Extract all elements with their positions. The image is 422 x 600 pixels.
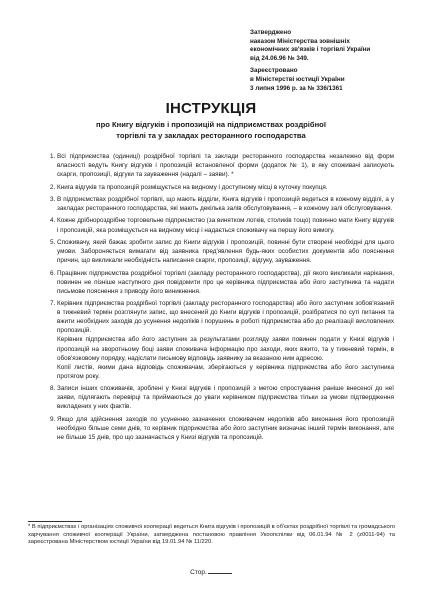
page-number-blank <box>208 567 232 574</box>
item-text: Керівник підприємства роздрібної торгівл… <box>57 299 394 335</box>
item-text: Всі підприємства (одиниці) роздрібної то… <box>57 152 394 179</box>
registered-line: 3 липня 1996 р. за № 336/1361 <box>250 85 420 94</box>
item-text: Керівник підприємства або його заступник… <box>57 335 394 362</box>
approved-line: Затверджено <box>250 29 420 38</box>
subtitle-line: про Книгу відгуків і пропозицій на підпр… <box>0 120 422 131</box>
item-number: 9. <box>50 415 55 424</box>
list-item: 1. Всі підприємства (одиниці) роздрібної… <box>50 152 394 179</box>
item-text: В підприємствах роздрібної торгівлі, що … <box>57 195 394 213</box>
item-number: 5. <box>50 238 55 247</box>
approved-block: Затверджено наказом Міністерства зовнішн… <box>250 29 420 63</box>
title-block: ІНСТРУКЦІЯ про Книгу відгуків і пропозиц… <box>0 100 422 141</box>
list-item: 9. Якщо для здійснення заходів по усунен… <box>50 415 394 442</box>
list-item: 6. Працівник підприємства роздрібної тор… <box>50 269 394 296</box>
item-text: Копії листів, якими дана відповідь спожи… <box>57 363 394 381</box>
list-item: 4. Кожне дрібнороздрібне торговельне під… <box>50 216 394 234</box>
instruction-list: 1. Всі підприємства (одиниці) роздрібної… <box>50 152 394 445</box>
item-text: Працівник підприємства роздрібної торгів… <box>57 269 394 296</box>
item-text: Якщо для здійснення заходів по усуненню … <box>57 415 394 442</box>
item-text: Споживачу, який бажає зробити запис до К… <box>57 238 394 265</box>
list-item: 7. Керівник підприємства роздрібної торг… <box>50 299 394 381</box>
item-number: 6. <box>50 269 55 278</box>
list-item: 3. В підприємствах роздрібної торгівлі, … <box>50 195 394 213</box>
item-number: 7. <box>50 299 55 308</box>
approved-line: наказом Міністерства зовнішніх <box>250 38 420 47</box>
page-number: Стор. <box>0 567 422 576</box>
item-text: Книга відгуків та пропозицій розміщуєтьс… <box>57 183 394 192</box>
approved-line: економічних зв'язків і торгівлі України <box>250 46 420 55</box>
item-number: 4. <box>50 216 55 225</box>
approved-line: від 24.06.96 № 349. <box>250 55 420 64</box>
list-item: 8. Записи інших споживачів, зроблені у К… <box>50 384 394 411</box>
item-text: Кожне дрібнороздрібне торговельне підпри… <box>57 216 394 234</box>
subtitle-line: торгівлі та у закладах ресторанного госп… <box>0 131 422 142</box>
page-label: Стор. <box>190 569 207 576</box>
item-number: 3. <box>50 195 55 204</box>
document-subtitle: про Книгу відгуків і пропозицій на підпр… <box>0 120 422 141</box>
registered-line: в Міністерстві юстиції України <box>250 76 420 85</box>
document-title: ІНСТРУКЦІЯ <box>0 100 422 117</box>
item-text: Записи інших споживачів, зроблені у Книз… <box>57 384 394 411</box>
list-item: 5. Споживачу, який бажає зробити запис д… <box>50 238 394 265</box>
registered-line: Зареєстровано <box>250 67 420 76</box>
item-number: 8. <box>50 384 55 393</box>
approval-stamp: Затверджено наказом Міністерства зовнішн… <box>250 29 420 97</box>
item-number: 2. <box>50 183 55 192</box>
item-number: 1. <box>50 152 55 161</box>
footnote-divider <box>28 521 82 522</box>
registered-block: Зареєстровано в Міністерстві юстиції Укр… <box>250 67 420 93</box>
footnote: * В підприємствах і організаціях споживч… <box>28 524 395 547</box>
list-item: 2. Книга відгуків та пропозицій розміщує… <box>50 183 394 192</box>
